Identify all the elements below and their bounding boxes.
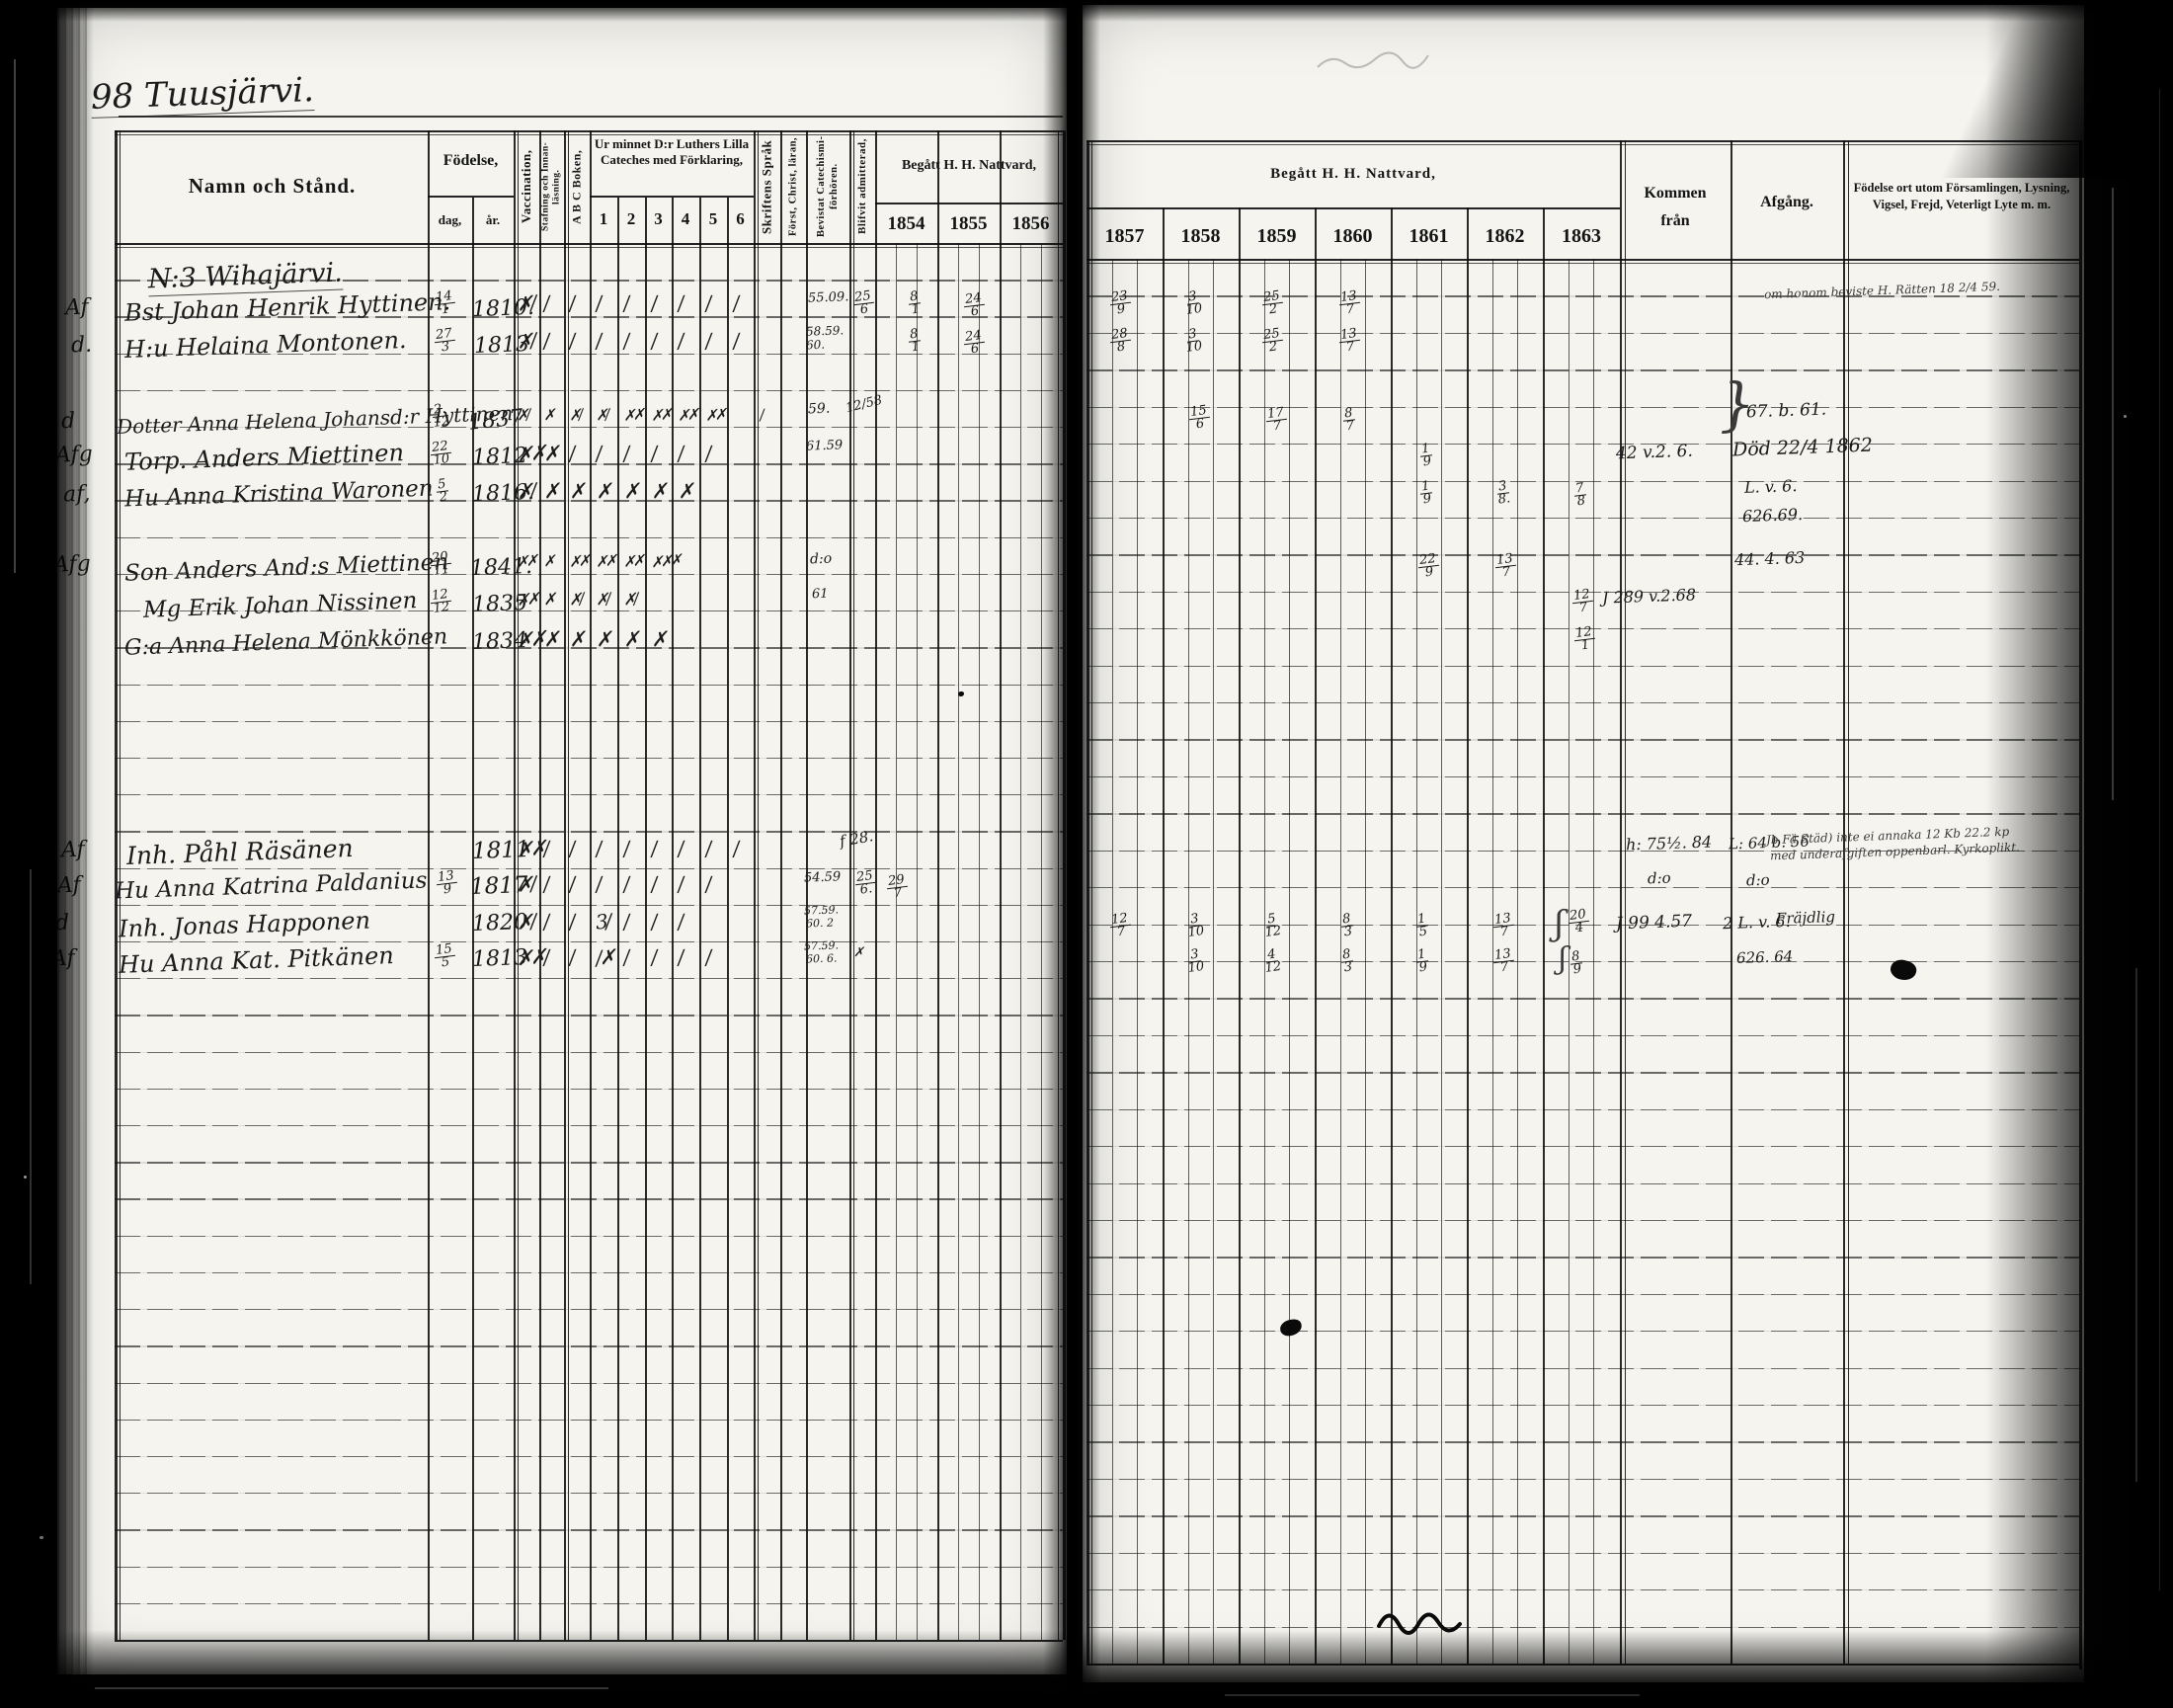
- handwriting-entry: d:o: [1746, 873, 1770, 889]
- handwriting-fraction: 156: [1188, 405, 1211, 432]
- handwriting-fraction: 246: [963, 330, 986, 357]
- handwriting-entry: ✗: [622, 480, 638, 501]
- header-bevistat-catechismi: Bevistat Catechismi-förhören.: [806, 132, 849, 241]
- handwriting-entry: ✗∕: [516, 480, 534, 502]
- handwriting-fraction: 137: [1338, 328, 1361, 355]
- handwriting-entry: ✗: [568, 480, 584, 501]
- handwriting-fraction: 412: [1263, 948, 1282, 975]
- handwriting-entry: 60.: [806, 339, 826, 352]
- book-fold-shadow: [1043, 0, 1100, 1708]
- header-stafning: Stafning och Innan-läsning.: [539, 132, 564, 241]
- handwriting-entry: ✗∕: [622, 591, 636, 608]
- header-year-1854: 1854: [875, 213, 937, 235]
- handwriting-entry: ✗: [542, 628, 558, 649]
- header-year-1860: 1860: [1315, 225, 1391, 248]
- handwriting-entry: d:o: [810, 552, 833, 567]
- handwriting-entry: 59.: [808, 402, 831, 417]
- handwriting-entry: ✗: [542, 443, 558, 463]
- handwriting-fraction: 137: [1492, 913, 1515, 939]
- handwriting-entry: ✗∕: [516, 873, 534, 895]
- header-nattvard-right: Begått H. H. Nattvard,: [1086, 166, 1620, 183]
- handwriting-fraction: 139: [436, 870, 458, 897]
- handwriting-fraction: 310: [1184, 328, 1203, 355]
- handwriting-fraction: 137: [1338, 290, 1361, 317]
- film-speck: [24, 1176, 27, 1179]
- handwriting-entry: ✗∕: [595, 591, 608, 608]
- handwriting-fraction: 256: [852, 290, 875, 317]
- handwriting-entry: 55.09.: [808, 290, 849, 304]
- handwriting-entry: Afg: [55, 444, 93, 466]
- film-scan-frame: 98 Tuusjärvi. Namn och Stånd. Födelse, d…: [0, 0, 2173, 1708]
- header-col-6: 6: [727, 209, 754, 229]
- handwriting-entry: ✗: [542, 480, 558, 501]
- handwriting-fraction: 1212: [430, 589, 452, 615]
- handwriting-entry: ✗✗: [677, 407, 697, 424]
- header-col-3: 3: [645, 209, 672, 229]
- header-col-4: 4: [672, 209, 699, 229]
- header-afgang: Afgång.: [1730, 194, 1843, 211]
- handwriting-fraction: 252: [1261, 290, 1284, 317]
- header-year-1859: 1859: [1239, 225, 1315, 248]
- handwriting-fraction: 137: [1494, 553, 1517, 580]
- handwriting-fraction: 239: [1109, 290, 1132, 317]
- handwriting-entry: ✗✗: [704, 407, 725, 424]
- handwriting-entry: d:o: [1648, 871, 1671, 887]
- handwriting-entry: 58.59.: [806, 324, 845, 337]
- handwriting-entry: Afg: [53, 553, 91, 576]
- handwriting-entry: 67. b. 61.: [1746, 402, 1827, 422]
- handwriting-entry: ✗✗: [622, 407, 643, 424]
- handwriting-entry: 44. 4. 63: [1734, 550, 1806, 568]
- handwriting-fraction: 127: [1571, 589, 1594, 615]
- handwriting-entry: J 99 4.57: [1616, 914, 1693, 934]
- faint-scribble: [1314, 47, 1432, 77]
- handwriting-entry: ✗: [677, 480, 692, 501]
- handwriting-entry: ✗✗: [622, 553, 643, 570]
- handwriting-entry: Af: [57, 875, 81, 898]
- handwriting-entry: Af: [51, 948, 75, 971]
- handwriting-entry: ✗: [542, 554, 553, 570]
- handwriting-entry: Af: [65, 297, 89, 320]
- film-scratch: [95, 1687, 608, 1689]
- handwriting-entry: 42 v.2. 6.: [1616, 444, 1693, 463]
- handwriting-entry: ✗: [622, 628, 638, 649]
- handwriting-entry: L. v. 6.: [1744, 478, 1798, 496]
- page-title: 98 Tuusjärvi.: [90, 73, 314, 119]
- handwriting-entry: 57.59.: [804, 904, 839, 916]
- handwriting-fraction: 121: [1573, 626, 1596, 653]
- header-ar: år.: [472, 212, 514, 228]
- handwriting-entry: ✗✗: [516, 553, 536, 570]
- header-col-1: 1: [590, 209, 617, 229]
- header-year-1862: 1862: [1467, 225, 1543, 248]
- handwriting-fraction: 246: [963, 292, 986, 319]
- handwriting-entry: ✗∕: [516, 911, 534, 933]
- header-fodelse: Födelse,: [428, 152, 514, 170]
- handwriting-entry: ✗: [542, 591, 554, 608]
- header-forst-christ-laran: Först, Christ, läran,: [780, 132, 806, 241]
- handwriting-entry: 60. 2: [806, 918, 834, 930]
- handwriting-entry: d: [61, 411, 76, 433]
- handwriting-fraction: 155: [434, 943, 456, 970]
- handwriting-fraction: 141: [434, 290, 456, 317]
- header-col-2: 2: [617, 209, 645, 229]
- handwriting-entry: ✗∕: [595, 407, 607, 423]
- handwriting-entry: ✗✗: [595, 553, 615, 570]
- handwriting-entry: ∕✗: [595, 946, 613, 968]
- handwriting-fraction: 512: [1263, 913, 1282, 939]
- header-col-5: 5: [699, 209, 727, 229]
- handwriting-entry: 57.59.: [804, 939, 839, 951]
- handwriting-entry: Död 22∕4 1862: [1732, 437, 1874, 460]
- handwriting-fraction: 204: [1568, 909, 1590, 935]
- handwriting-fraction: 137: [1492, 948, 1515, 975]
- header-nattvard-left: Begått H. H. Nattvard,: [875, 158, 1063, 174]
- header-cateches: Ur minnet D:r Luthers Lilla Cateches med…: [592, 136, 752, 168]
- handwriting-entry: ✗✗: [516, 628, 544, 651]
- header-namn-och-stand: Namn och Stånd.: [117, 174, 428, 199]
- handwriting-fraction: 229: [1417, 553, 1440, 580]
- film-scratch: [30, 869, 32, 1284]
- film-speck: [2124, 415, 2127, 418]
- handwriting-entry: 626. 64: [1736, 949, 1794, 966]
- handwriting-fraction: 273: [434, 328, 456, 355]
- handwriting-entry: ✗∕: [568, 591, 582, 608]
- handwriting-entry: ✗✗: [516, 946, 544, 969]
- film-speck: [40, 1536, 43, 1539]
- handwriting-entry: Inh. Påhl Räsänen: [126, 836, 354, 868]
- handwriting-fraction: 177: [1265, 407, 1288, 434]
- header-notes: Födelse ort utom Församlingen, Lysning, …: [1851, 180, 2072, 213]
- handwriting-fraction: 256.: [854, 870, 877, 897]
- handwriting-entry: 626.69.: [1742, 507, 1804, 525]
- film-scratch: [2159, 89, 2160, 1590]
- header-kommen-fran: Kommen från: [1632, 180, 1719, 235]
- header-dag: dag,: [428, 212, 472, 228]
- handwriting-entry: ✗✗: [516, 591, 537, 609]
- handwriting-entry: ✗∕: [568, 407, 581, 423]
- header-year-1858: 1858: [1163, 225, 1239, 248]
- handwriting-entry: ✗: [650, 628, 666, 649]
- handwriting-entry: ʃ: [1554, 907, 1564, 940]
- handwriting-fraction: 310: [1186, 913, 1205, 939]
- handwriting-entry: ✗✗: [650, 407, 671, 424]
- handwriting-entry: h: 75½. 84: [1626, 834, 1713, 853]
- header-year-1861: 1861: [1391, 225, 1467, 248]
- handwriting-entry: ✗∕: [516, 330, 534, 352]
- handwriting-entry: ✗: [568, 628, 584, 649]
- header-year-1855: 1855: [937, 213, 1000, 235]
- handwriting-entry: ✗✗: [516, 443, 544, 465]
- handwriting-fraction: 297: [886, 874, 909, 901]
- handwriting-entry: ✗✗: [516, 838, 544, 860]
- header-year-1863: 1863: [1543, 225, 1620, 248]
- film-scratch: [14, 59, 16, 573]
- header-abc-boken: A B C Boken,: [564, 132, 590, 241]
- handwriting-entry: d.: [71, 335, 93, 358]
- handwriting-entry: Fräjdlig: [1776, 910, 1835, 927]
- film-scratch: [2112, 188, 2114, 800]
- handwriting-entry: 61: [812, 588, 829, 602]
- handwriting-fraction: 310: [1184, 290, 1203, 317]
- handwriting-fraction: 310: [1186, 948, 1205, 975]
- handwriting-entry: ✗: [595, 628, 610, 649]
- handwriting-entry: 60. 6.: [806, 952, 838, 964]
- ink-squiggle: [1375, 1602, 1464, 1636]
- handwriting-entry: d: [55, 913, 70, 935]
- handwriting-fraction: 127: [1109, 913, 1132, 939]
- handwriting-entry: Af: [61, 840, 85, 862]
- handwriting-fraction: 2011: [430, 551, 452, 578]
- handwriting-entry: 54.59: [804, 870, 842, 884]
- handwriting-entry: ✗✗: [568, 553, 589, 570]
- handwriting-entry: ✗: [650, 480, 666, 501]
- handwriting-entry: ✗∕: [516, 292, 534, 314]
- handwriting-entry: af,: [63, 484, 91, 507]
- handwriting-fraction: 288: [1109, 328, 1132, 355]
- header-skriftens-sprak: Skriftens Språk: [754, 132, 780, 241]
- handwriting-fraction: 2210: [430, 441, 452, 467]
- handwriting-entry: ✗: [542, 408, 553, 424]
- header-blifvit-admitterad: Blifvit admitterad,: [849, 132, 875, 241]
- handwriting-entry: ✗: [595, 480, 610, 501]
- handwriting-entry: ✗∕: [516, 407, 528, 423]
- handwriting-fraction: 2.12: [432, 403, 450, 430]
- film-scratch: [1225, 1694, 1640, 1696]
- handwriting-entry: J 289 v.2.68: [1602, 587, 1696, 606]
- handwriting-entry: ʃ: [1558, 944, 1567, 974]
- handwriting-entry: ✗: [853, 946, 864, 959]
- handwriting-entry: 61.59: [806, 439, 844, 452]
- film-scratch: [2135, 968, 2137, 1482]
- header-vaccination: Vaccination,: [514, 132, 539, 241]
- handwriting-fraction: 252: [1261, 328, 1284, 355]
- handwriting-entry: 3∕: [595, 911, 609, 932]
- handwriting-entry: ✗✗✗: [650, 553, 680, 571]
